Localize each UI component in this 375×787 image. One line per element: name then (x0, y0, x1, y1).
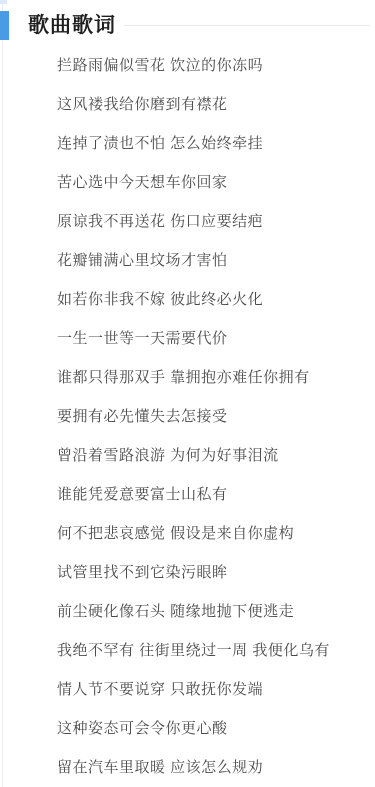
lyric-line: 这风褛我给你磨到有襟花 (57, 85, 375, 124)
lyric-line: 情人节不要说穿 只敢抚你发端 (57, 670, 375, 709)
lyric-line: 我绝不罕有 往街里绕过一周 我便化乌有 (57, 631, 375, 670)
lyric-line: 要拥有必先懂失去怎接受 (57, 397, 375, 436)
lyric-line: 如若你非我不嫁 彼此终必火化 (57, 280, 375, 319)
lyric-line: 何不把悲哀感觉 假设是来自你虚构 (57, 514, 375, 553)
previous-section-bar-remnant (0, 0, 7, 4)
section-accent-bar (0, 11, 9, 40)
lyric-line: 一生一世等一天需要代价 (57, 319, 375, 358)
lyrics-page: 歌曲歌词 拦路雨偏似雪花 饮泣的你冻吗这风褛我给你磨到有襟花连掉了渍也不怕 怎么… (0, 0, 375, 787)
lyric-line: 谁都只得那双手 靠拥抱亦难任你拥有 (57, 358, 375, 397)
section-title: 歌曲歌词 (28, 11, 116, 40)
left-border-line (2, 0, 3, 787)
header-divider-line (124, 25, 370, 26)
lyrics-list: 拦路雨偏似雪花 饮泣的你冻吗这风褛我给你磨到有襟花连掉了渍也不怕 怎么始终牵挂苦… (57, 46, 375, 787)
lyric-line: 试管里找不到它染污眼眸 (57, 553, 375, 592)
lyric-line: 拦路雨偏似雪花 饮泣的你冻吗 (57, 46, 375, 85)
lyric-line: 留在汽车里取暖 应该怎么规劝 (57, 748, 375, 787)
lyric-line: 连掉了渍也不怕 怎么始终牵挂 (57, 124, 375, 163)
lyric-line: 前尘硬化像石头 随缘地抛下便逃走 (57, 592, 375, 631)
lyric-line: 这种姿态可会令你更心酸 (57, 709, 375, 748)
lyric-line: 谁能凭爱意要富士山私有 (57, 475, 375, 514)
lyric-line: 苦心选中今天想车你回家 (57, 163, 375, 202)
lyric-line: 原谅我不再送花 伤口应要结疤 (57, 202, 375, 241)
section-header: 歌曲歌词 (0, 11, 370, 40)
lyric-line: 曾沿着雪路浪游 为何为好事泪流 (57, 436, 375, 475)
lyric-line: 花瓣铺满心里坟场才害怕 (57, 241, 375, 280)
